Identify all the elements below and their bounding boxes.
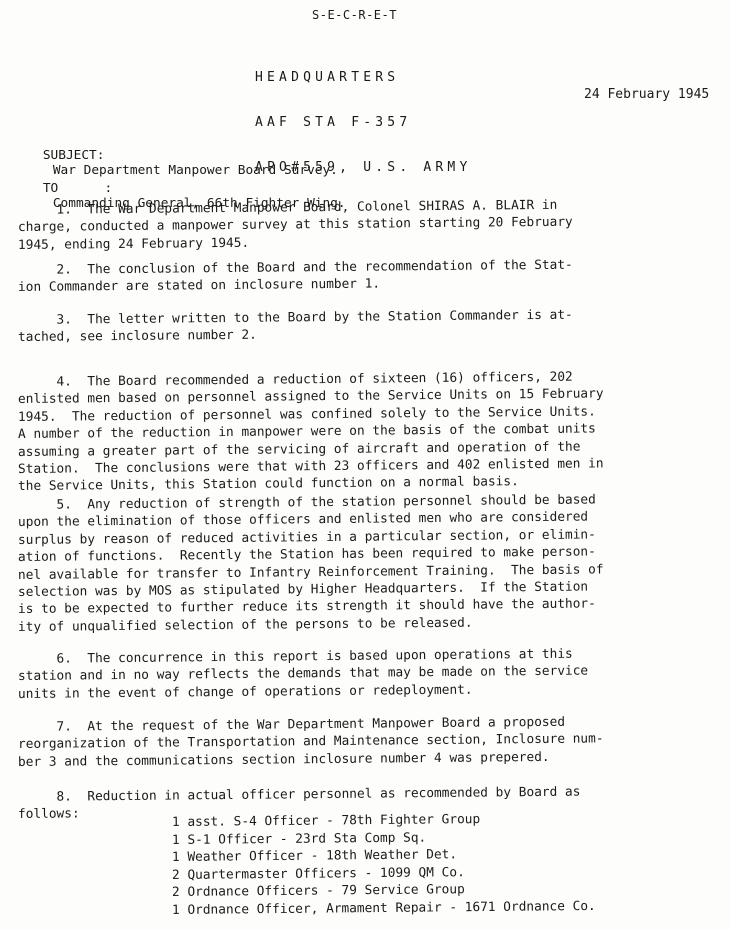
paragraph-5-line: ation of functions. Recently the Station…: [18, 545, 596, 566]
officer-list-item: 1 Ordnance Officer, Armament Repair - 16…: [172, 899, 596, 918]
hq-line: HEADQUARTERS: [255, 70, 471, 85]
paragraph-6-line: station and in no way reflects the deman…: [18, 664, 588, 684]
classification-marking: S-E-C-R-E-T: [312, 8, 397, 22]
hq-line: AAF STA F-357: [255, 115, 471, 130]
paragraph-4-line: the Service Units, this Station could fu…: [18, 475, 519, 495]
officer-list-item: 1 Weather Officer - 18th Weather Det.: [172, 847, 457, 865]
document-page: S-E-C-R-E-T HEADQUARTERS AAF STA F-357 A…: [0, 0, 731, 930]
officer-list-item: 1 S-1 Officer - 23rd Sta Comp Sq.: [172, 830, 426, 847]
paragraph-1-line: 1945, ending 24 February 1945.: [18, 236, 249, 253]
paragraph-5-line: ity of unqualified selection of the pers…: [18, 615, 473, 634]
paragraph-2-line: ion Commander are stated on inclosure nu…: [18, 277, 380, 295]
paragraph-7-line: ber 3 and the communications section inc…: [18, 750, 550, 770]
officer-list-item: 1 asst. S-4 Officer - 78th Fighter Group: [172, 812, 480, 830]
paragraph-4-line: A number of the reduction in manpower we…: [18, 422, 596, 443]
officer-list-item: 2 Ordnance Officers - 79 Service Group: [172, 883, 465, 901]
paragraph-3-line: tached, see inclosure number 2.: [18, 328, 257, 345]
paragraph-6-line: units in the event of change of operatio…: [18, 682, 473, 701]
paragraph-3-line: 3. The letter written to the Board by th…: [18, 308, 573, 328]
paragraph-2-line: 2. The conclusion of the Board and the r…: [18, 258, 573, 278]
to-label: TO :: [43, 181, 112, 196]
officer-list-item: 2 Quartermaster Officers - 1099 QM Co.: [172, 865, 465, 883]
paragraph-5-line: is to be expected to further reduce its …: [18, 597, 596, 618]
paragraph-5-line: upon the elimination of those officers a…: [18, 510, 588, 530]
paragraph-8-line: 8. Reduction in actual officer personnel…: [18, 785, 581, 805]
document-date: 24 February 1945: [584, 87, 709, 102]
paragraph-8-line: follows:: [18, 807, 80, 823]
subject-label: SUBJECT:: [43, 148, 105, 163]
